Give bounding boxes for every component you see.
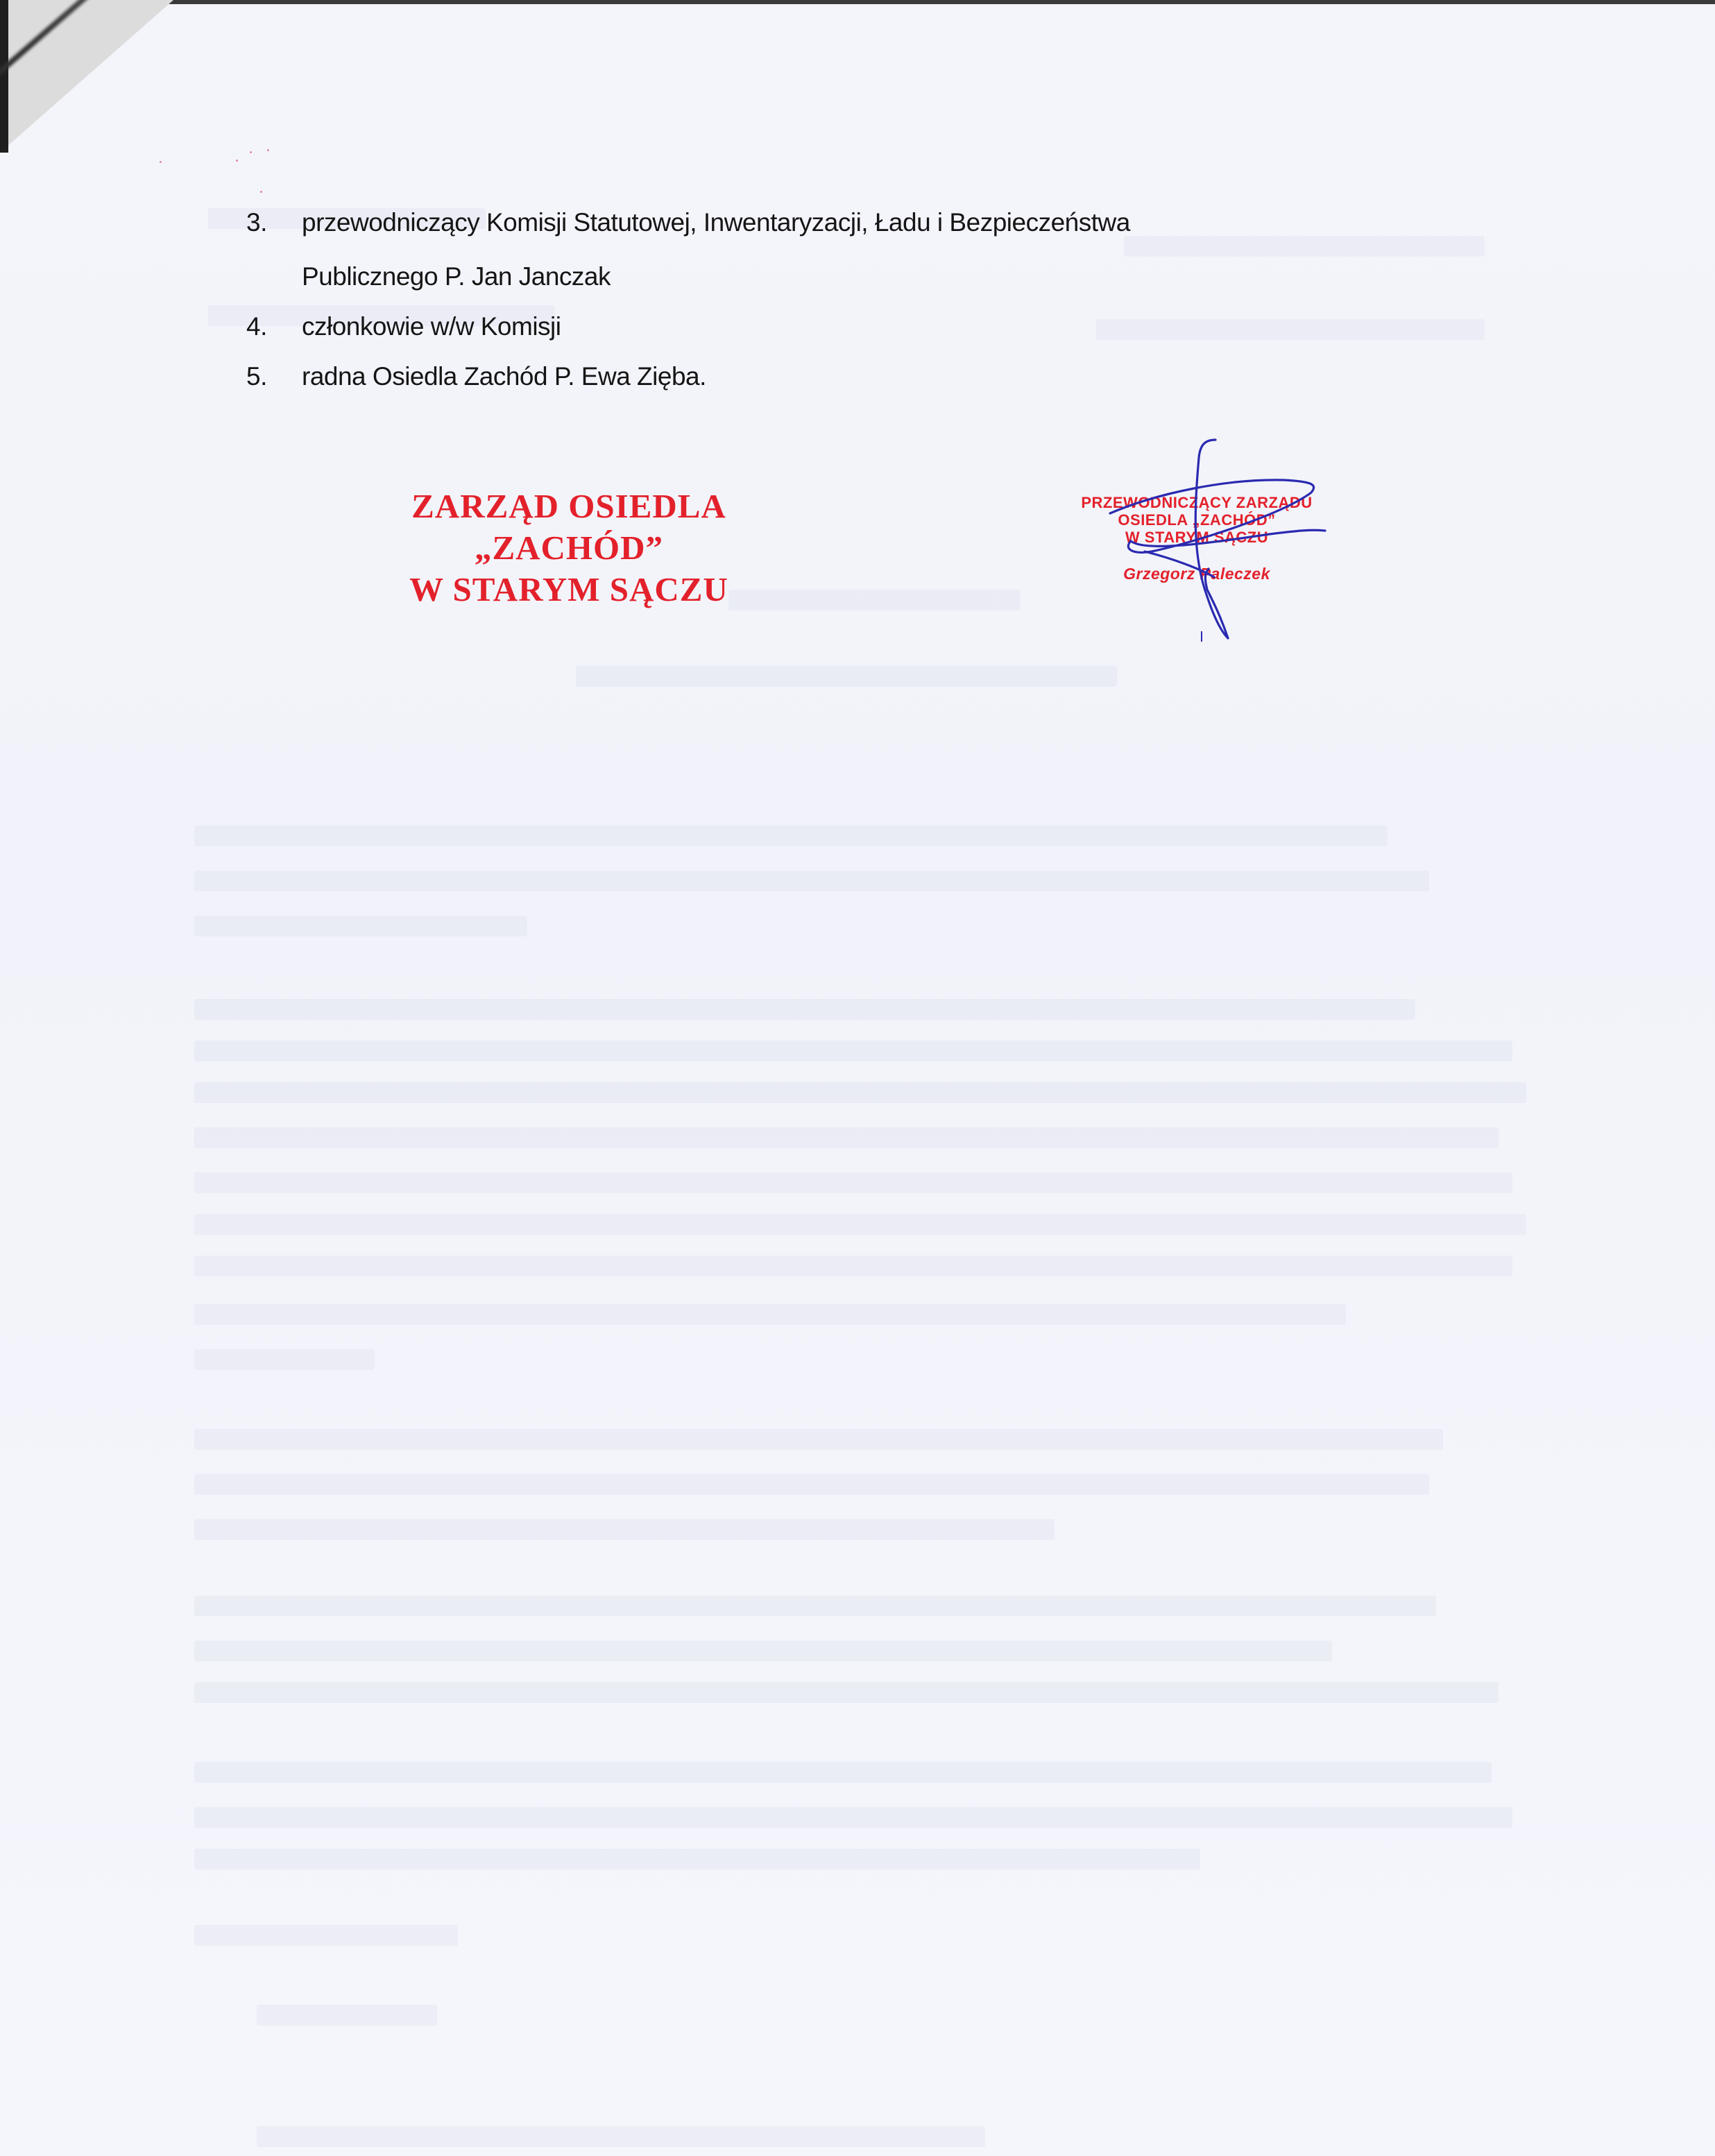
folded-corner [0,0,173,153]
ink-speck [250,151,252,153]
handwritten-signature [1103,430,1394,652]
list-number: 3. [246,208,288,237]
stamp-line: ZARZĄD OSIEDLA [389,486,749,527]
ink-speck [236,160,238,162]
list-text: Publicznego P. Jan Janczak [302,262,611,291]
scanned-page: 3. przewodniczący Komisji Statutowej, In… [0,0,1715,2156]
list-text: przewodniczący Komisji Statutowej, Inwen… [302,208,1130,237]
list-text: członkowie w/w Komisji [302,312,561,341]
scan-border-shadow [0,0,8,153]
list-number: 5. [246,362,288,391]
ink-speck [267,149,269,151]
ink-speck [260,191,262,193]
organization-stamp: ZARZĄD OSIEDLA „ZACHÓD” W STARYM SĄCZU [389,486,749,610]
list-text: radna Osiedla Zachód P. Ewa Zięba. [302,362,706,391]
ink-speck [160,161,162,163]
list-number: 4. [246,312,288,341]
stamp-line: W STARYM SĄCZU [389,569,749,610]
scan-edge [167,0,1715,4]
stamp-line: „ZACHÓD” [389,527,749,569]
